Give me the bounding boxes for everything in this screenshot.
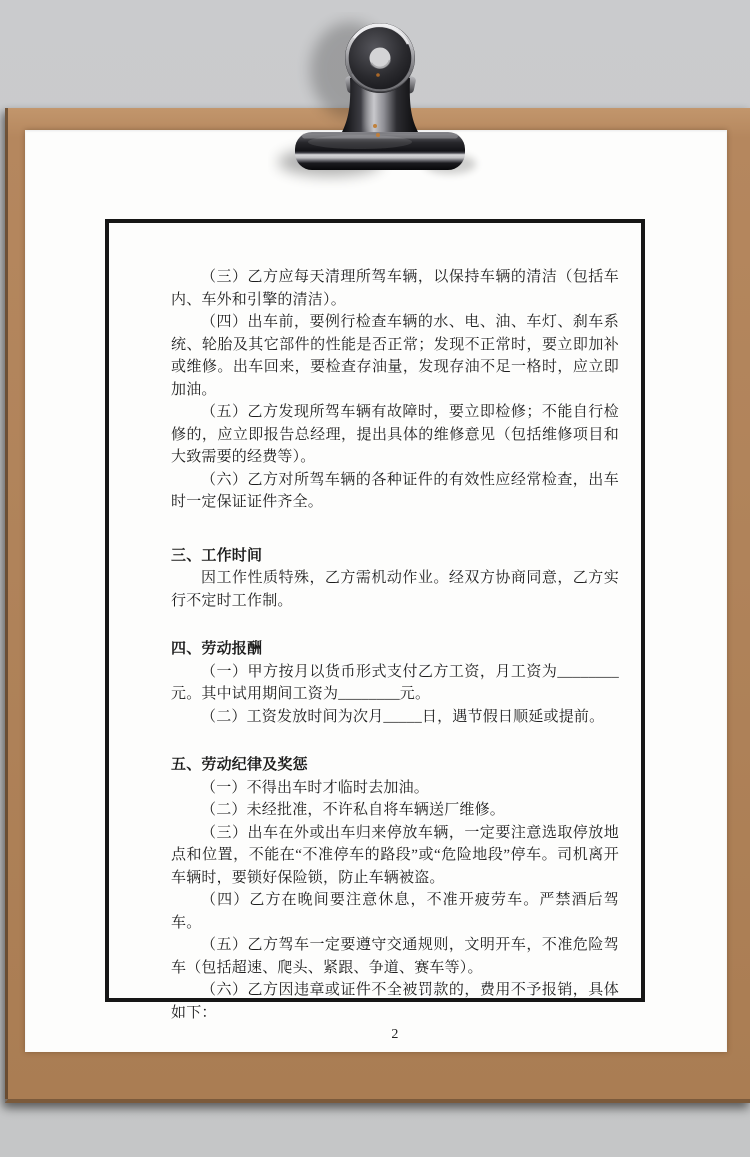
paragraph: （二）工资发放时间为次月_____日，遇节假日顺延或提前。 [171, 706, 619, 729]
paragraph: （一）不得出车时才临时去加油。 [171, 777, 619, 800]
paragraph: （五）乙方发现所驾车辆有故障时，要立即检修；不能自行检修的，应立即报告总经理，提… [171, 401, 619, 469]
paragraph: 因工作性质特殊，乙方需机动作业。经双方协商同意，乙方实行不定时工作制。 [171, 567, 619, 612]
paragraph: （六）乙方对所驾车辆的各种证件的有效性应经常检查，出车时一定保证证件齐全。 [171, 469, 619, 514]
clip-knob [345, 23, 415, 93]
paragraph: （三）出车在外或出车归来停放车辆，一定要注意选取停放地点和位置，不能在“不准停车… [171, 822, 619, 890]
clip-body [295, 132, 465, 170]
paragraph: （六）乙方因违章或证件不全被罚款的，费用不予报销，具体如下： [171, 979, 619, 1024]
paragraph: （二）未经批准，不许私自将车辆送厂维修。 [171, 799, 619, 822]
paper-sheet: （三）乙方应每天清理所驾车辆，以保持车辆的清洁（包括车内、车外和引擎的清洁）。 … [25, 130, 727, 1052]
paragraph: （五）乙方驾车一定要遵守交通规则，文明开车，不准危险驾车（包括超速、爬头、紧跟、… [171, 934, 619, 979]
page-number: 2 [171, 1024, 619, 1047]
scene-background: （三）乙方应每天清理所驾车辆，以保持车辆的清洁（包括车内、车外和引擎的清洁）。 … [0, 0, 750, 1157]
paragraph: （三）乙方应每天清理所驾车辆，以保持车辆的清洁（包括车内、车外和引擎的清洁）。 [171, 266, 619, 311]
section-heading: 三、工作时间 [171, 545, 619, 568]
page-frame: （三）乙方应每天清理所驾车辆，以保持车辆的清洁（包括车内、车外和引擎的清洁）。 … [105, 219, 645, 1002]
section-heading: 五、劳动纪律及奖惩 [171, 754, 619, 777]
binder-clip [268, 12, 492, 192]
paragraph: （四）出车前，要例行检查车辆的水、电、油、车灯、刹车系统、轮胎及其它部件的性能是… [171, 311, 619, 401]
paragraph: （一）甲方按月以货币形式支付乙方工资，月工资为________元。其中试用期间工… [171, 661, 619, 706]
section-heading: 四、劳动报酬 [171, 638, 619, 661]
paragraph: （四）乙方在晚间要注意休息，不准开疲劳车。严禁酒后驾车。 [171, 889, 619, 934]
document-content: （三）乙方应每天清理所驾车辆，以保持车辆的清洁（包括车内、车外和引擎的清洁）。 … [113, 227, 645, 1047]
